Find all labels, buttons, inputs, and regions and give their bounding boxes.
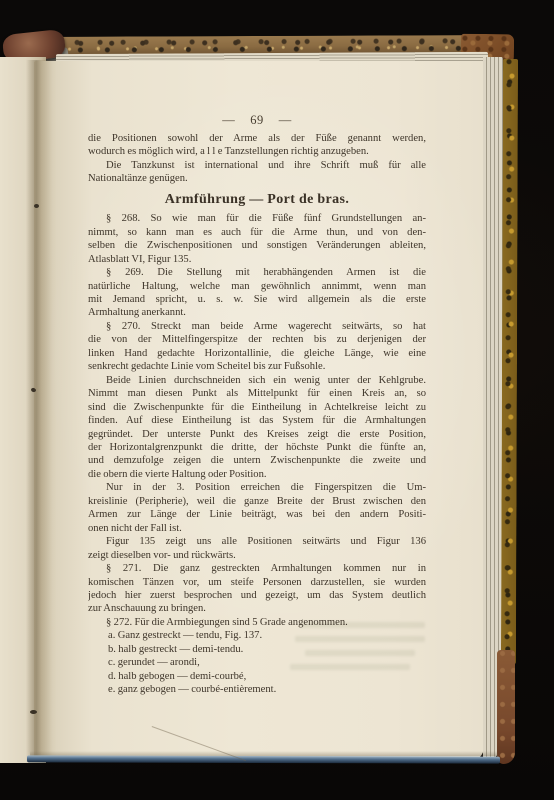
text-line: kreislinie (Peripherie), weil die ganze … <box>88 495 426 508</box>
header-dash: — <box>279 113 292 127</box>
text-line: senkrecht gedachte Linie vom Scheitel bi… <box>88 360 426 373</box>
text-line: Nationaltänze genügen. <box>88 172 426 185</box>
paragraph: § 270. Streckt man beide Arme wagerecht … <box>88 320 426 374</box>
paragraph: § 272. Für die Armbiegungen sind 5 Grade… <box>88 616 426 629</box>
page-bottom-edge-blue <box>27 755 500 763</box>
paragraph: § 271. Die ganz gestreckten Armhaltungen… <box>88 562 426 616</box>
text-line: die von der Mittelfingerspitze der recht… <box>88 333 426 346</box>
text-line: onen nicht der Fall ist. <box>88 522 426 535</box>
paragraph: die Positionen sowohl der Arme als der F… <box>88 132 426 159</box>
text-line: jedoch hier zuerst besprochen und gezeig… <box>88 589 426 602</box>
text-line: Nur in der 3. Position erreichen die Fin… <box>88 481 426 494</box>
text-line: die obern die vierte Haltung oder Positi… <box>88 468 426 481</box>
text-line: Figur 135 zeigt uns alle Positionen seit… <box>88 535 426 548</box>
text-line: gegründet. Der unterste Punkt des Kreise… <box>88 428 426 441</box>
text-line: selben die Zwischenpositionen und sonsti… <box>88 239 426 252</box>
binding-speck <box>30 710 37 714</box>
paragraph: Figur 135 zeigt uns alle Positionen seit… <box>88 535 426 562</box>
paragraph: § 269. Die Stellung mit herabhängenden A… <box>88 266 426 320</box>
text-line: Armhaltung anerkannt. <box>88 306 426 319</box>
text-line: mit Jemand spricht, u. s. w. Sie wird al… <box>88 293 426 306</box>
paragraph: § 268. So wie man für die Füße fünf Grun… <box>88 212 426 266</box>
grade-list: a. Ganz gestreckt — tendu, Fig. 137. b. … <box>88 629 426 696</box>
text-line: wodurch es möglich wird, a l l e Tanzste… <box>88 145 426 158</box>
text-line: zur Anschauung zu bringen. <box>88 602 426 615</box>
page-number: 69 <box>250 113 264 127</box>
text-line: § 271. Die ganz gestreckten Armhaltungen… <box>88 562 426 575</box>
text-line: der Horizontalgrenzpunkt die dritte, der… <box>88 441 426 454</box>
text-line: linken Hand gedachte Horizontallinie, di… <box>88 347 426 360</box>
text-line: komischen Tänzen vor, um steife Personen… <box>88 576 426 589</box>
list-item: c. gerundet — arondi, <box>88 656 426 669</box>
paragraph: Beide Linien durchschneiden sich ein wen… <box>88 374 426 482</box>
list-item: b. halb gestreckt — demi-tendu. <box>88 643 426 656</box>
text-line: nimmt, so kann man es auch für die Arme … <box>88 226 426 239</box>
text-line: sind die Zwischenpunkte für die Eintheil… <box>88 401 426 414</box>
paragraph: Nur in der 3. Position erreichen die Fin… <box>88 481 426 535</box>
text-line: § 269. Die Stellung mit herabhängenden A… <box>88 266 426 279</box>
text-line: natürliche Haltung, welche man gewöhnlic… <box>88 280 426 293</box>
text-line: § 272. Für die Armbiegungen sind 5 Grade… <box>88 616 426 629</box>
section-heading: Armführung — Port de bras. <box>88 193 426 206</box>
running-header: —69— <box>88 113 426 128</box>
gutter-shadow <box>26 60 52 762</box>
text-line: und demzufolge zeigen die untern Zwische… <box>88 454 426 467</box>
text-column: die Positionen sowohl der Arme als der F… <box>88 132 426 697</box>
text-line: Armen zur Länge der Linie beiträgt, was … <box>88 508 426 521</box>
binding-speck <box>34 204 39 208</box>
text-line: die Positionen sowohl der Arme als der F… <box>88 132 426 145</box>
text-line: Nimmt man diesen Punkt als Mittelpunkt f… <box>88 387 426 400</box>
text-line: § 270. Streckt man beide Arme wagerecht … <box>88 320 426 333</box>
fore-edge-marbled <box>501 59 518 664</box>
cover-edge-bottom-right <box>497 650 515 764</box>
text-line: Atlasblatt VI, Figur 135. <box>88 253 426 266</box>
list-item: a. Ganz gestreckt — tendu, Fig. 137. <box>88 629 426 642</box>
text-line: § 268. So wie man für die Füße fünf Grun… <box>88 212 426 225</box>
text-line: Die Tanzkunst ist international und ihre… <box>88 159 426 172</box>
list-item: d. halb gebogen — demi-courbé, <box>88 670 426 683</box>
text-line: Beide Linien durchschneiden sich ein wen… <box>88 374 426 387</box>
scanned-book-photo: —69— die Positionen sowohl der Arme als … <box>0 0 554 800</box>
text-line: zeigt dieselben vor- und rückwärts. <box>88 549 426 562</box>
list-item: e. ganz gebogen — courbé-entièrement. <box>88 683 426 696</box>
text-line: finden. Auf diese Eintheilung ist das Sy… <box>88 414 426 427</box>
header-dash: — <box>222 113 235 127</box>
paragraph: Die Tanzkunst ist international und ihre… <box>88 159 426 186</box>
